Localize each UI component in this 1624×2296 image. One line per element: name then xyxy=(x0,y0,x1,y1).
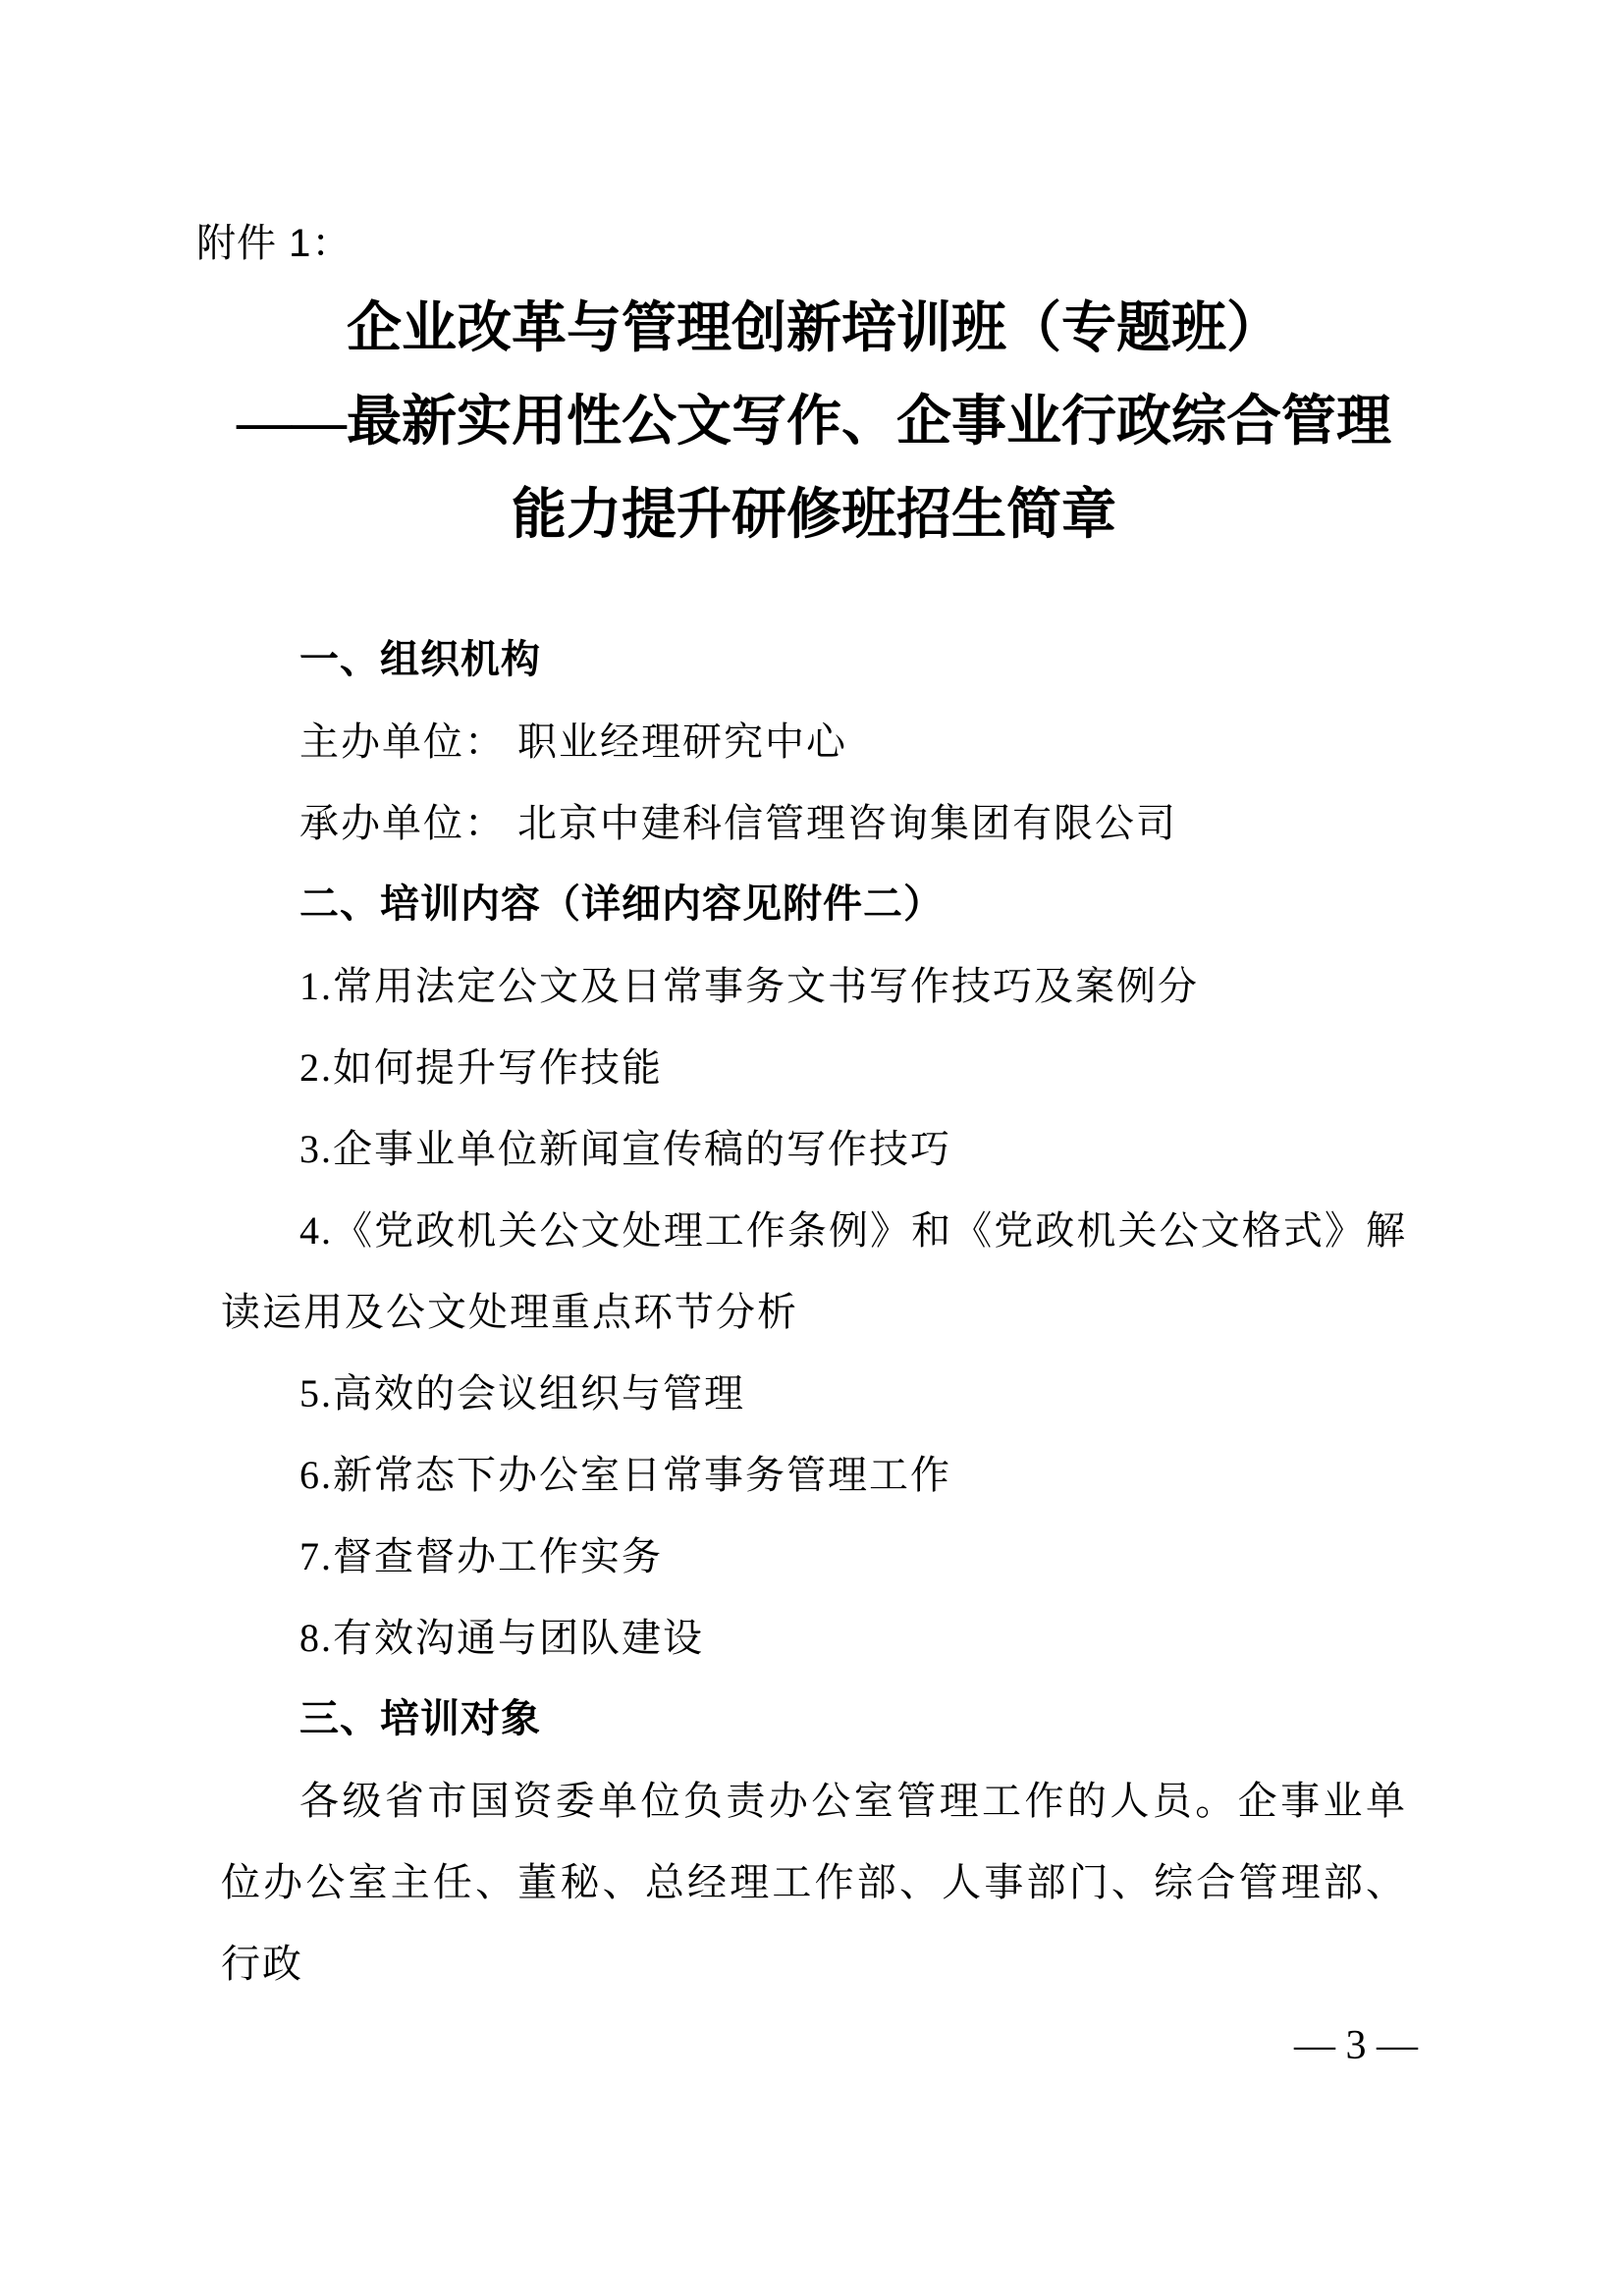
organizer-unit-line: 承办单位： 北京中建科信管理咨询集团有限公司 xyxy=(221,782,1407,864)
title-line-2: ——最新实用性公文写作、企事业行政综合管理 xyxy=(221,376,1407,469)
training-content-item: 1.常用法定公文及日常事务文书写作技巧及案例分 xyxy=(221,945,1407,1027)
page-number: — 3 — xyxy=(1294,2024,1418,2067)
title-line-1: 企业改革与管理创新培训班（专题班） xyxy=(221,283,1407,376)
training-content-item: 3.企事业单位新闻宣传稿的写作技巧 xyxy=(221,1108,1407,1190)
training-content-item: 6.新常态下办公室日常事务管理工作 xyxy=(221,1434,1407,1516)
section-heading-training-content: 二、培训内容（详细内容见附件二） xyxy=(221,864,1407,945)
document-body: 一、组织机构 主办单位： 职业经理研究中心 承办单位： 北京中建科信管理咨询集团… xyxy=(221,619,1407,2004)
training-content-item: 8.有效沟通与团队建设 xyxy=(221,1597,1407,1679)
training-content-item: 2.如何提升写作技能 xyxy=(221,1027,1407,1108)
section-heading-training-audience: 三、培训对象 xyxy=(221,1679,1407,1760)
training-content-item: 4.《党政机关公文处理工作条例》和《党政机关公文格式》解读运用及公文处理重点环节… xyxy=(221,1190,1407,1353)
section-heading-organization: 一、组织机构 xyxy=(221,619,1407,701)
document-title: 企业改革与管理创新培训班（专题班） ——最新实用性公文写作、企事业行政综合管理 … xyxy=(221,283,1407,562)
title-line-3: 能力提升研修班招生简章 xyxy=(221,469,1407,562)
attachment-label: 附件 1： xyxy=(196,222,1407,265)
document-page: 附件 1： 企业改革与管理创新培训班（专题班） ——最新实用性公文写作、企事业行… xyxy=(0,0,1624,2296)
document-content: 附件 1： 企业改革与管理创新培训班（专题班） ——最新实用性公文写作、企事业行… xyxy=(221,222,1407,2004)
host-unit-line: 主办单位： 职业经理研究中心 xyxy=(221,701,1407,782)
training-audience-paragraph: 各级省市国资委单位负责办公室管理工作的人员。企事业单位办公室主任、董秘、总经理工… xyxy=(221,1760,1407,2004)
training-content-item: 7.督查督办工作实务 xyxy=(221,1516,1407,1597)
training-content-item: 5.高效的会议组织与管理 xyxy=(221,1353,1407,1434)
